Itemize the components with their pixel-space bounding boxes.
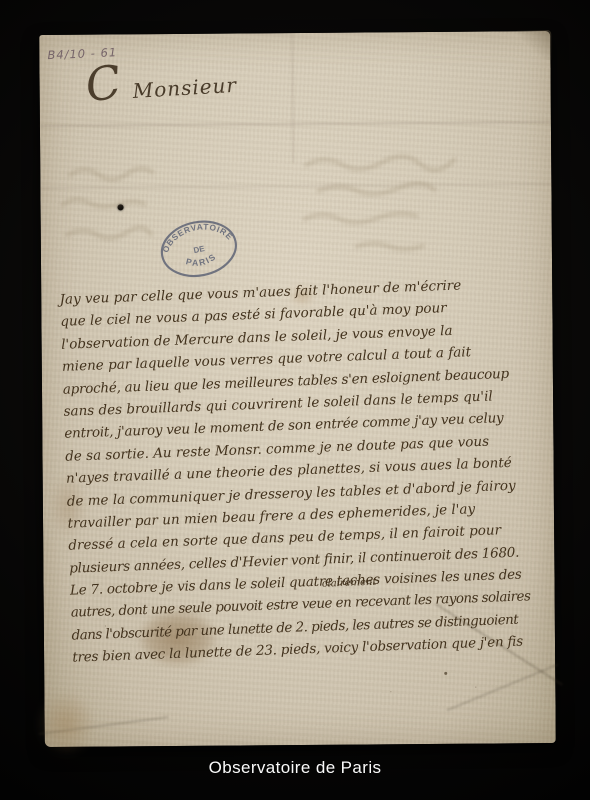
salutation: Monsieur <box>132 73 238 103</box>
manuscript-paper: B4/10 - 61 C Monsieur OBSERVATOIRE <box>39 31 556 747</box>
salutation-flourish: C <box>82 54 125 113</box>
paper-crease <box>447 664 559 712</box>
photograph-of-letter: B4/10 - 61 C Monsieur OBSERVATOIRE <box>0 0 590 800</box>
ink-bleedthrough-marks <box>56 123 527 277</box>
folded-corner <box>517 30 551 60</box>
letter-body: Jay veu par celle que vous m'aues fait l… <box>59 271 558 669</box>
edge-stain <box>36 690 97 756</box>
paper-specks <box>444 672 447 675</box>
stamp-text-middle: DE <box>193 244 206 255</box>
photo-caption: Observatoire de Paris <box>0 758 590 778</box>
inserted-word: clairement <box>322 578 377 590</box>
